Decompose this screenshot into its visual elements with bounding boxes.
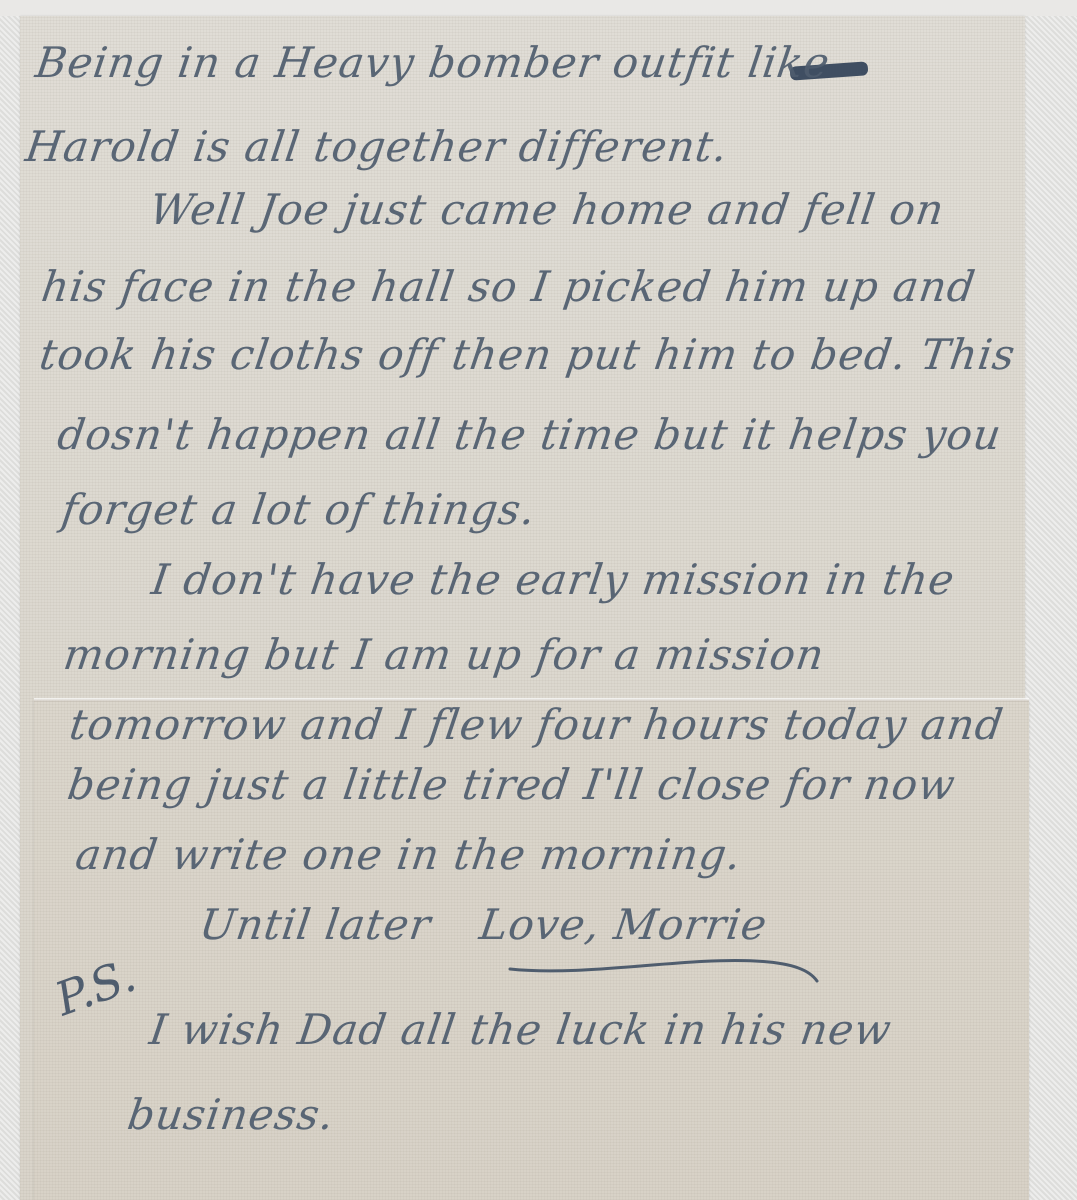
- closing: Until later: [197, 900, 435, 949]
- letter-line: Harold is all together different.: [23, 122, 732, 171]
- letter-line: took his cloths off then put him to bed.…: [37, 330, 1019, 379]
- letter-line: and write one in the morning.: [73, 830, 745, 879]
- letter-line: I don't have the early mission in the: [149, 555, 959, 604]
- postscript-line: business.: [125, 1090, 338, 1139]
- signature-underline: [505, 955, 825, 985]
- letter-line: Being in a Heavy bomber outfit like: [33, 38, 834, 87]
- letter-line: being just a little tired I'll close for…: [65, 760, 959, 809]
- letter-line: tomorrow and I flew four hours today and: [67, 700, 1007, 749]
- letter-line: his face in the hall so I picked him up …: [39, 262, 979, 311]
- top-edge: [0, 0, 1077, 16]
- postscript-line: I wish Dad all the luck in his new: [147, 1005, 895, 1054]
- letter-line: dosn't happen all the time but it helps …: [55, 410, 1005, 459]
- signature: Love, Morrie: [477, 900, 771, 949]
- letter-line: forget a lot of things.: [59, 485, 539, 534]
- letter-line: Well Joe just came home and fell on: [147, 185, 948, 234]
- letter-line: morning but I am up for a mission: [61, 630, 828, 679]
